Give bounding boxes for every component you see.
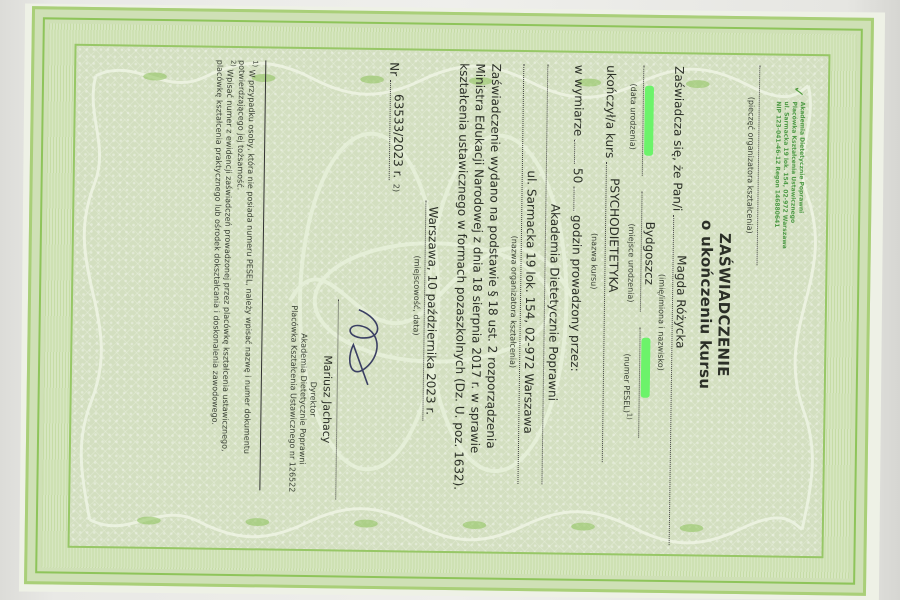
course-caption: (nazwa kursu) <box>585 233 598 553</box>
hours-value: 50 <box>571 168 585 183</box>
legal-basis-text: Zaświadczenie wydano na podstawie § 18 u… <box>450 63 504 494</box>
footnote-mark: 2) <box>392 184 401 192</box>
name-value: Magda Różycka <box>673 255 688 349</box>
hours-label-prefix: w wymiarze <box>571 65 586 137</box>
certificate-body: ✓ Akademia Dietetycznie Poprawni Placówk… <box>68 44 831 559</box>
stamp-caption: (pieczęć organizatora kształcenia) <box>745 65 757 265</box>
certificate-content: ✓ Akademia Dietetycznie Poprawni Placówk… <box>86 46 813 556</box>
pesel-caption: (numer PESEL) <box>622 353 632 413</box>
handwritten-signature <box>338 299 389 390</box>
footnote-mark: 1) <box>625 413 633 420</box>
footnote-mark: 1) <box>251 60 259 67</box>
place-date-caption: (miejscowość, data) <box>409 255 422 550</box>
organizer-stamp: ✓ Akademia Dietetycznie Poprawni Placówk… <box>772 86 806 246</box>
footnote-mark: 2) <box>229 60 237 67</box>
course-value: PSYCHODIETETYKA <box>606 178 622 292</box>
leaf-logo-icon: ✓ <box>790 86 806 98</box>
certificate-sheet: ✓ Akademia Dietetycznie Poprawni Placówk… <box>24 6 874 596</box>
hours-label-suffix: godzin prowadzony przez: <box>568 215 584 372</box>
footnote-divider <box>259 60 266 490</box>
footnote-text: Wpisać numer z ewidencji zaświadczeń pro… <box>211 60 235 452</box>
place-date-value: Warszawa, 10 października 2023 r. <box>422 201 440 421</box>
footnote-text: W przypadku osoby, która nie posiada num… <box>236 60 257 454</box>
name-caption: (imię/imiona i nazwisko) <box>653 274 666 554</box>
signatory-name: Mariusz Jachacy <box>319 279 335 519</box>
number-value: 63533/2023 r. <box>391 94 406 178</box>
birth-date-redaction <box>644 86 654 156</box>
number-label: Nr <box>387 62 401 76</box>
course-label: ukończył/a kurs <box>603 65 618 158</box>
pesel-redaction <box>641 337 651 397</box>
birth-place-value: Bydgoszcz <box>642 222 657 286</box>
intro-label: Zaświadcza się, że Pan/i <box>670 66 686 211</box>
